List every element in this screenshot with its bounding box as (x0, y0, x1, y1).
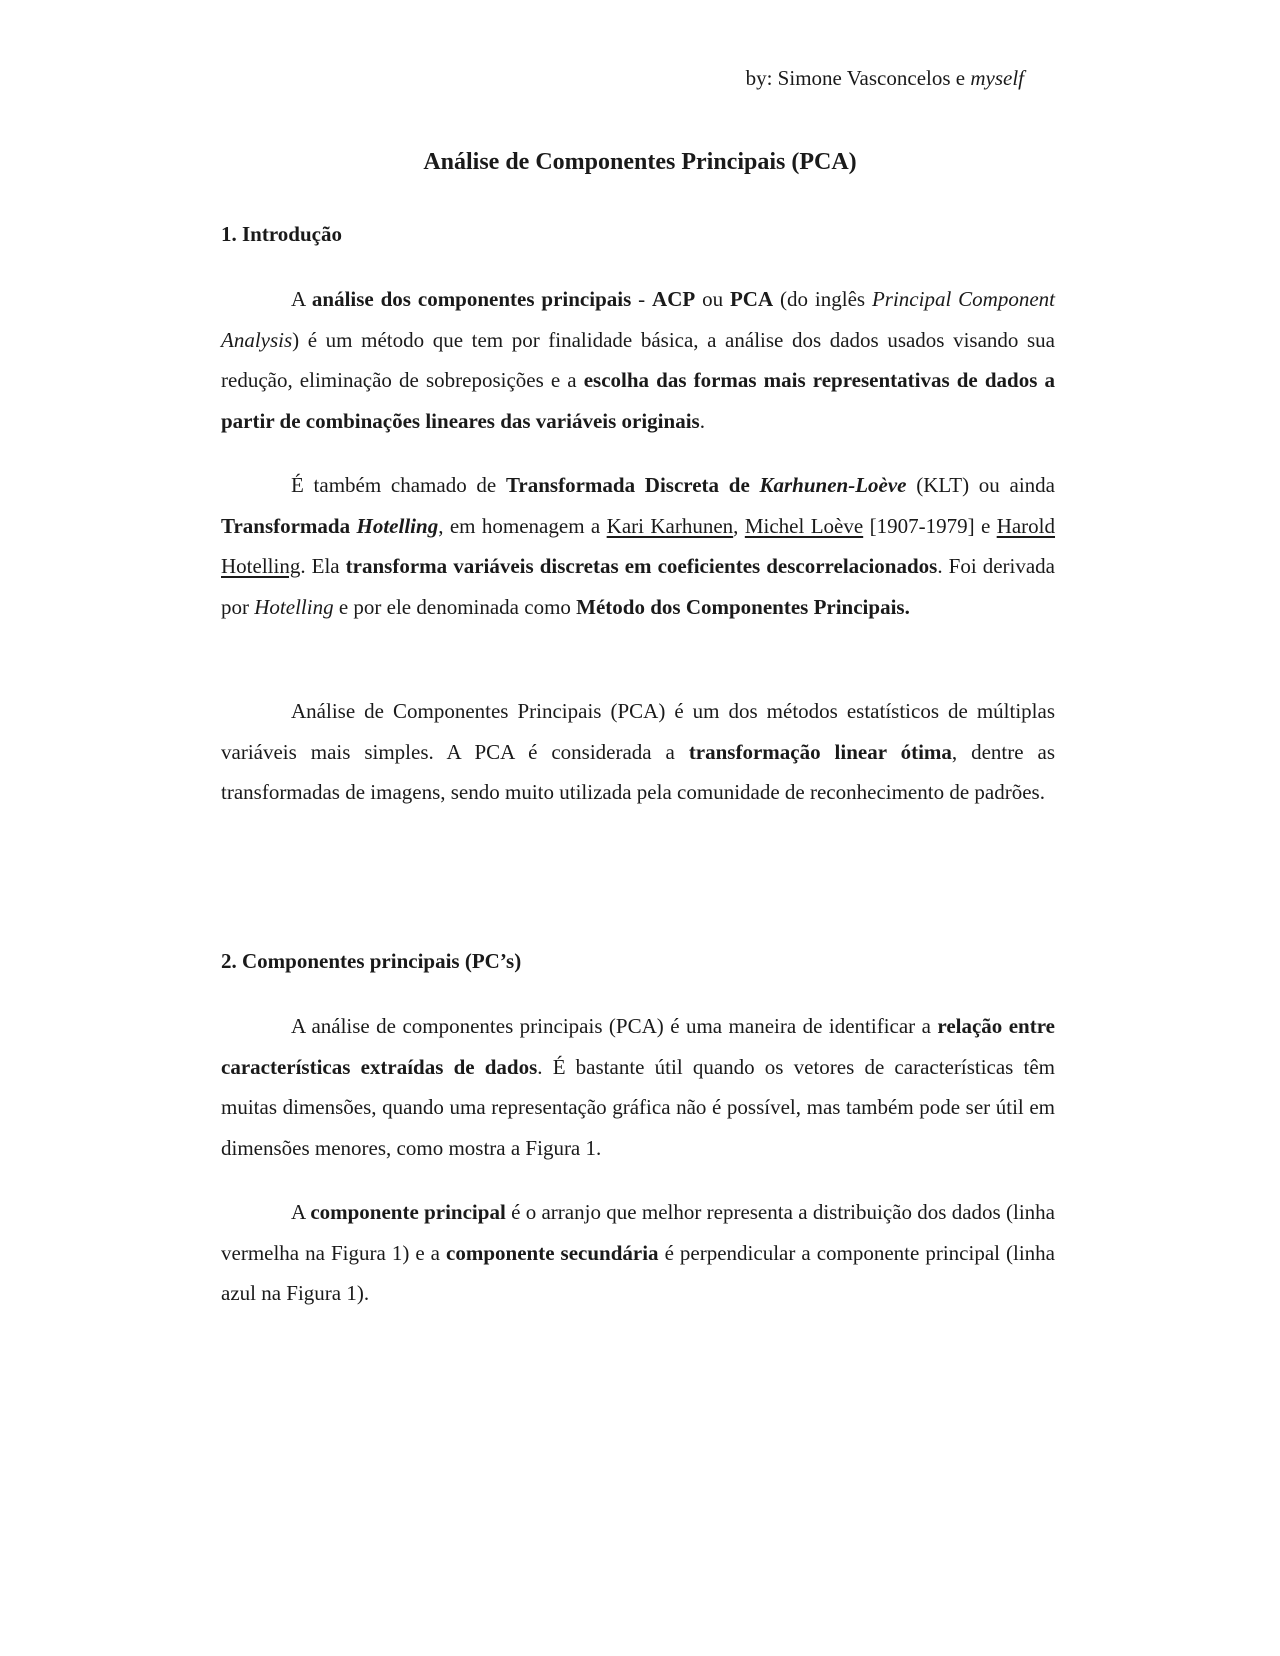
text-run: Hotelling (357, 514, 439, 538)
byline-italic: myself (970, 66, 1024, 90)
text-run: ACP (652, 287, 695, 311)
paragraph: A componente principal é o arranjo que m… (221, 1192, 1055, 1314)
text-run: e por ele denominada como (334, 595, 577, 619)
text-run: - (631, 287, 652, 311)
text-run: , (733, 514, 745, 538)
paragraph: A análise de componentes principais (PCA… (221, 1006, 1055, 1168)
text-run: análise dos componentes principais (312, 287, 631, 311)
text-run: PCA (730, 287, 773, 311)
text-run: . Ela (300, 554, 345, 578)
text-run: componente principal (310, 1200, 505, 1224)
text-run: A (291, 1200, 310, 1224)
text-run: (KLT) ou ainda (906, 473, 1055, 497)
text-run: Transformada (221, 514, 357, 538)
section-heading-introducao: 1. Introdução (221, 220, 1055, 248)
paragraph: É também chamado de Transformada Discret… (221, 465, 1055, 627)
text-run: Transformada Discreta de (506, 473, 760, 497)
byline: by: Simone Vasconcelos e myself (746, 64, 1024, 92)
text-run: transforma variáveis discretas em coefic… (346, 554, 938, 578)
text-run: [1907-1979] e (863, 514, 997, 538)
text-run: . (700, 409, 705, 433)
document-title: Análise de Componentes Principais (PCA) (0, 146, 1280, 178)
text-run: A (291, 287, 312, 311)
text-run: A análise de componentes principais (PCA… (291, 1014, 937, 1038)
text-link[interactable]: Michel Loève (745, 514, 863, 538)
text-run: , em homenagem a (438, 514, 606, 538)
text-run: Hotelling (254, 595, 333, 619)
paragraph: A análise dos componentes principais - A… (221, 279, 1055, 441)
text-run: Método dos Componentes Principais. (576, 595, 910, 619)
text-run: É também chamado de (291, 473, 506, 497)
byline-authors: by: Simone Vasconcelos e (746, 66, 971, 90)
document-page: by: Simone Vasconcelos e myself Análise … (0, 0, 1280, 1656)
text-link[interactable]: Kari Karhunen (607, 514, 734, 538)
text-run: ou (695, 287, 730, 311)
text-run: (do inglês (773, 287, 872, 311)
text-run: Karhunen-Loève (759, 473, 906, 497)
text-run: componente secundária (446, 1241, 659, 1265)
paragraph: Análise de Componentes Principais (PCA) … (221, 691, 1055, 813)
text-run: transformação linear ótima (689, 740, 952, 764)
section-heading-componentes: 2. Componentes principais (PC’s) (221, 947, 1055, 975)
